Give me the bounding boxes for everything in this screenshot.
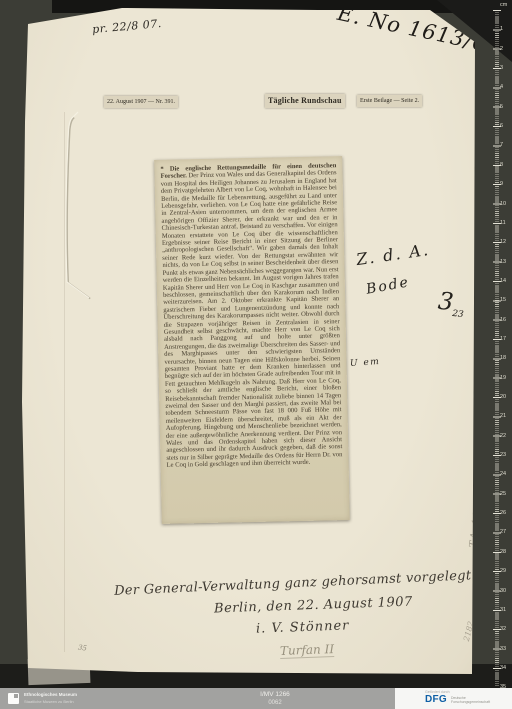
footer-left-section: Ethnologisches Museum Staatliche Museen … — [0, 688, 395, 709]
ruler-number: 25 — [500, 491, 510, 497]
ruler-cm-ticks — [493, 10, 501, 686]
ruler-number: 3 — [500, 65, 510, 71]
annotation-number: 323 — [436, 287, 466, 320]
ruler-number: 19 — [500, 375, 510, 381]
annotation-number-small: 23 — [452, 309, 464, 320]
ruler-number: 28 — [500, 549, 510, 555]
pencil-margin-number-1: TA 1266 — [468, 491, 486, 548]
handwritten-signature-line: i. V. Stönner — [256, 618, 350, 636]
footer-right-section: Gefördert durch DFG Deutsche Forschungsg… — [395, 688, 512, 709]
ruler-number: 29 — [500, 568, 510, 574]
ruler-number: 8 — [500, 162, 510, 168]
ruler-number: 7 — [500, 142, 510, 148]
pencil-margin-number-2: 2182 — [462, 620, 476, 642]
annotation-scribble: U em — [350, 357, 381, 369]
pencil-turfan-note: Turfan II — [280, 642, 335, 659]
ruler-number: 17 — [500, 336, 510, 342]
clipping-star: * — [160, 166, 163, 173]
stamp-newspaper-masthead: Tägliche Rundschau — [265, 94, 345, 108]
ruler-number: 31 — [500, 607, 510, 613]
ruler-number: 18 — [500, 355, 510, 361]
ruler-number: 20 — [500, 394, 510, 400]
measuring-ruler: cm12345678910111213141516171819202122232… — [490, 0, 512, 688]
ruler-number: 1 — [500, 26, 510, 32]
ruler-number: 32 — [500, 626, 510, 632]
ruler-number: 14 — [500, 278, 510, 284]
ruler-number: 34 — [500, 665, 510, 671]
ruler-number: 4 — [500, 84, 510, 90]
ruler-number: 33 — [500, 646, 510, 652]
newspaper-clipping: * Die englische Rettungsmedaille für ein… — [154, 156, 350, 524]
annotation-signature: Bode — [365, 274, 411, 297]
ruler-number: 10 — [500, 201, 510, 207]
shelfmark: I/MV 1266 — [225, 691, 325, 698]
ruler-unit-label: cm — [500, 2, 510, 8]
ruler-number: 27 — [500, 529, 510, 535]
ruler-number: 21 — [500, 413, 510, 419]
ruler-number: 22 — [500, 433, 510, 439]
handwritten-submission-note: Der General-Verwaltung ganz gehorsamst v… — [114, 568, 476, 599]
stamp-supplement-page: Erste Beilage — Seite 2. — [357, 95, 422, 107]
museum-name: Ethnologisches Museum — [24, 692, 77, 697]
ruler-number: 24 — [500, 471, 510, 477]
footer-bar: Ethnologisches Museum Staatliche Museen … — [0, 688, 512, 709]
museum-logo-icon — [8, 693, 19, 704]
handwritten-date-line: Berlin, den 22. August 1907 — [214, 595, 413, 617]
pencil-page-number: 35 — [77, 643, 87, 652]
ruler-number: 2 — [500, 46, 510, 52]
ruler-number: 12 — [500, 239, 510, 245]
annotation-zda: Z. d. A. — [355, 240, 431, 269]
ruler-number: 15 — [500, 297, 510, 303]
ruler-number: 26 — [500, 510, 510, 516]
clipping-body: Der Prinz von Wales und das Generalkapit… — [161, 170, 343, 469]
scan-page-number: 0062 — [225, 700, 325, 706]
ruler-number: 30 — [500, 588, 510, 594]
ruler-number: 16 — [500, 317, 510, 323]
ruler-number: 5 — [500, 104, 510, 110]
museum-subtitle: Staatliche Museen zu Berlin — [24, 699, 74, 704]
dfg-full-name: Deutsche Forschungsgemeinschaft — [451, 696, 495, 704]
handwritten-filing-note: pr. 22/8 07. — [92, 17, 163, 36]
ruler-number: 9 — [500, 181, 510, 187]
scan-viewer-page: pr. 22/8 07. E. No 1613/07 22. August 19… — [0, 0, 512, 709]
dfg-logo: DFG — [425, 694, 447, 705]
stamp-date-issue: 22. August 1907 — Nr. 391. — [104, 96, 178, 108]
ruler-number: 6 — [500, 123, 510, 129]
ruler-number: 13 — [500, 259, 510, 265]
binding-thread-icon — [58, 110, 128, 320]
document-page: pr. 22/8 07. E. No 1613/07 22. August 19… — [18, 2, 492, 676]
ruler-number: 11 — [500, 220, 510, 226]
ruler-number: 23 — [500, 452, 510, 458]
